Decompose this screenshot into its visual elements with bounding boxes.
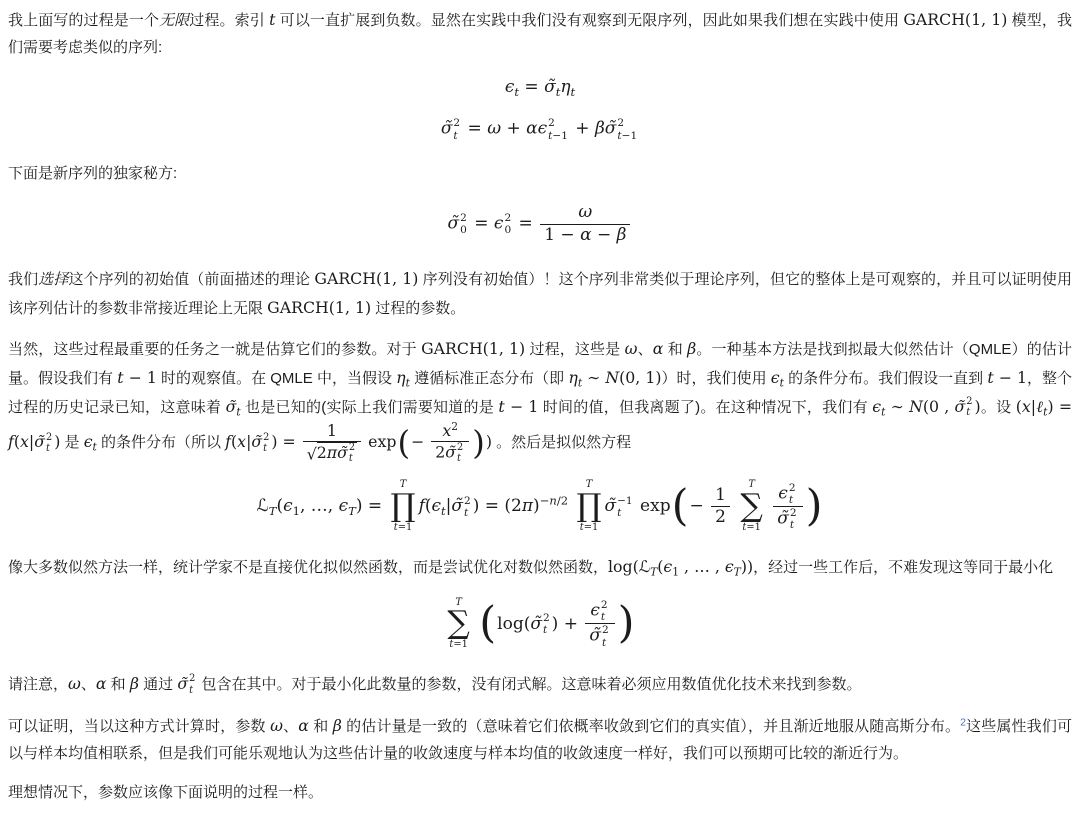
paragraph-infinite-process: 我上面写的过程是一个无限过程。索引 t 可以一直扩展到负数。显然在实践中我们没有…	[8, 6, 1072, 61]
paragraph-consistency: 可以证明，当以这种方式计算时，参数 ω、α 和 β 的估计量是一致的（意味着它们…	[8, 712, 1072, 767]
equation-epsilon-definition: ϵt = σ̃tηt	[8, 76, 1072, 98]
paragraph-no-closed-form: 请注意，ω、α 和 β 通过 σ̃2t 包含在其中。对于最小化此数量的参数，没有…	[8, 670, 1072, 699]
equation-sigma-recursion: σ̃2t = ω + αϵ2t−1 + βσ̃2t−1	[8, 117, 1072, 141]
footnote-ref-2[interactable]: 2	[960, 717, 966, 728]
article-body: 我上面写的过程是一个无限过程。索引 t 可以一直扩展到负数。显然在实践中我们没有…	[0, 0, 1080, 817]
paragraph-ideal-case: 理想情况下，参数应该像下面说明的过程一样。	[8, 780, 1072, 807]
equation-quasi-likelihood: ℒT(ϵ1, …, ϵT) = T∏t=1f(ϵt|σ̃2t) = (2π)−n…	[8, 479, 1072, 534]
equation-minimization-objective: T∑t=1 (log(σ̃2t) + ϵ2tσ̃2t)	[8, 597, 1072, 652]
paragraph-qmle-setup: 当然，这些过程最重要的任务之一就是估算它们的参数。对于 GARCH(1, 1) …	[8, 335, 1072, 464]
equation-initial-value: σ̃20 = ϵ20 = ω1 − α − β	[8, 202, 1072, 246]
paragraph-secret-recipe: 下面是新序列的独家秘方:	[8, 161, 1072, 188]
paragraph-initial-value-choice: 我们选择这个序列的初始值（前面描述的理论 GARCH(1, 1) 序列没有初始值…	[8, 265, 1072, 322]
paragraph-log-likelihood: 像大多数似然方法一样，统计学家不是直接优化拟似然函数，而是尝试优化对数似然函数，…	[8, 553, 1072, 582]
